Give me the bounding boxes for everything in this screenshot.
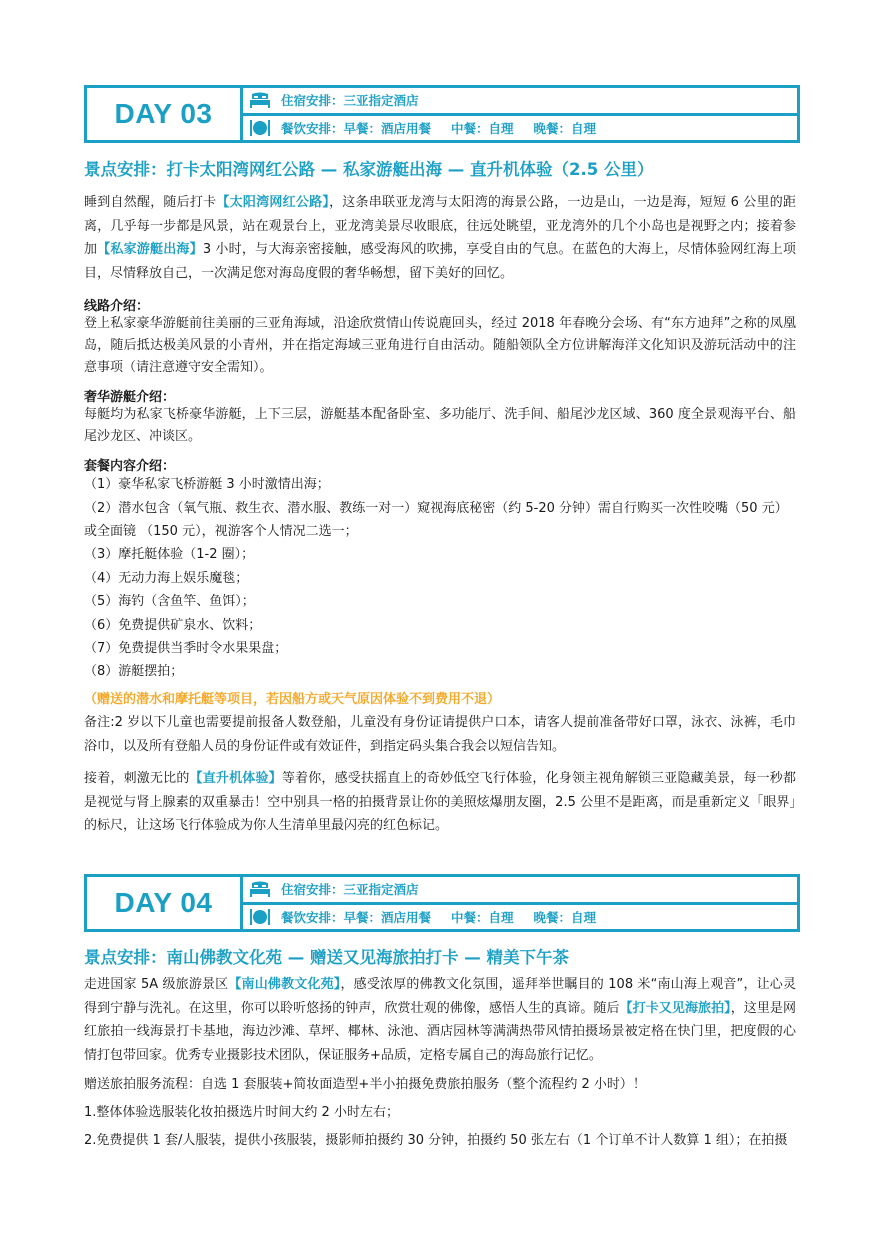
itinerary-page: DAY 03 住宿安排：三亚指定酒店 bbox=[0, 0, 880, 1244]
package-item-6: （6）免费提供矿泉水、饮料； bbox=[84, 614, 796, 638]
day04-lunch: 中餐：自理 bbox=[451, 908, 514, 926]
day04-lodging-text: 住宿安排：三亚指定酒店 bbox=[281, 880, 419, 898]
day04-attractions-title: 景点安排：南山佛教文化苑 — 赠送又见海旅拍打卡 — 精美下午茶 bbox=[84, 944, 569, 968]
photo-service-flow: 赠送旅拍服务流程：自选 1 套服装+简妆面造型+半小拍摄免费旅拍服务（整个流程约… bbox=[84, 1073, 796, 1097]
day03-lodging-row: 住宿安排：三亚指定酒店 bbox=[243, 88, 797, 113]
highlight-nanshan: 【南山佛教文化苑】 bbox=[228, 977, 340, 992]
text: 接着，刺激无比的 bbox=[84, 771, 190, 786]
yacht-intro-text: 每艇均为私家飞桥豪华游艇，上下三层，游艇基本配备卧室、多功能厅、洗手间、船尾沙龙… bbox=[84, 404, 796, 448]
remark-paragraph: 备注:2 岁以下儿童也需要提前报备人数登船，儿童没有身份证请提供户口本，请客人提… bbox=[84, 711, 796, 758]
text: 走进国家 5A 级旅游景区 bbox=[84, 977, 228, 992]
day04-breakfast: 早餐：酒店用餐 bbox=[344, 908, 432, 926]
photo-step-1: 1.整体体验选服装化妆拍摄选片时间大约 2 小时左右； bbox=[84, 1101, 796, 1125]
package-item-2: （2）潜水包含（氧气瓶、救生衣、潜水服、教练一对一）窥视海底秘密（约 5-20 … bbox=[84, 497, 796, 521]
day03-label: DAY 03 bbox=[87, 88, 243, 140]
day03-lunch: 中餐：自理 bbox=[451, 119, 514, 137]
day03-lodging-text: 住宿安排：三亚指定酒店 bbox=[281, 91, 419, 109]
day04-dinner: 晚餐：自理 bbox=[534, 908, 597, 926]
day03-dinner: 晚餐：自理 bbox=[534, 119, 597, 137]
day03-meal-label: 餐饮安排： bbox=[281, 119, 344, 137]
photo-step-2: 2.免费提供 1 套/人服装，提供小孩服装，摄影师拍摄约 30 分钟，拍摄约 5… bbox=[84, 1129, 796, 1153]
package-item-4: （4）无动力海上娱乐魔毯； bbox=[84, 567, 796, 591]
day04-meal-row: 餐饮安排： 早餐：酒店用餐 中餐：自理 晚餐：自理 bbox=[243, 902, 797, 930]
bed-icon bbox=[249, 880, 271, 898]
day04-lodging-row: 住宿安排：三亚指定酒店 bbox=[243, 877, 797, 902]
day03-breakfast: 早餐：酒店用餐 bbox=[344, 119, 432, 137]
dining-plate-icon bbox=[249, 119, 271, 137]
package-item-2-cont: 或全面镜 （150 元），视游客个人情况二选一； bbox=[84, 520, 796, 544]
package-item-5: （5）海钓（含鱼竿、鱼饵）； bbox=[84, 590, 796, 614]
no-refund-note: （赠送的潜水和摩托艇等项目，若因船方或天气原因体验不到费用不退） bbox=[84, 688, 500, 707]
package-intro-heading: 套餐内容介绍： bbox=[84, 455, 175, 474]
day03-header-box: DAY 03 住宿安排：三亚指定酒店 bbox=[84, 85, 800, 143]
highlight-travel-photo: 【打卡又见海旅拍】 bbox=[620, 1001, 731, 1016]
day04-meal-label: 餐饮安排： bbox=[281, 908, 344, 926]
day04-header-box: DAY 04 住宿安排：三亚指定酒店 bbox=[84, 874, 800, 932]
route-intro-text: 登上私家豪华游艇前往美丽的三亚角海域，沿途欣赏情山传说鹿回头，经过 2018 年… bbox=[84, 313, 796, 379]
package-item-1: （1）豪华私家飞桥游艇 3 小时激情出海； bbox=[84, 473, 796, 497]
route-intro-heading: 线路介绍： bbox=[84, 295, 149, 314]
yacht-intro-heading: 奢华游艇介绍： bbox=[84, 386, 175, 405]
day03-attractions-title: 景点安排：打卡太阳湾网红公路 — 私家游艇出海 — 直升机体验（2.5 公里） bbox=[84, 156, 653, 180]
day04-label: DAY 04 bbox=[87, 877, 243, 929]
highlight-sun-bay-road: 【太阳湾网红公路】 bbox=[216, 195, 329, 210]
day04-intro-paragraph: 走进国家 5A 级旅游景区【南山佛教文化苑】，感受浓厚的佛教文化氛围，遥拜举世瞩… bbox=[84, 973, 796, 1067]
highlight-helicopter: 【直升机体验】 bbox=[190, 771, 282, 786]
highlight-private-yacht: 【私家游艇出海】 bbox=[97, 242, 203, 257]
package-item-7: （7）免费提供当季时令水果果盘； bbox=[84, 637, 796, 661]
package-item-3: （3）摩托艇体验（1-2 圈）； bbox=[84, 543, 796, 567]
helicopter-paragraph: 接着，刺激无比的【直升机体验】等着你，感受扶摇直上的奇妙低空飞行体验，化身领主视… bbox=[84, 767, 796, 838]
day03-intro-paragraph: 睡到自然醒，随后打卡【太阳湾网红公路】，这条串联亚龙湾与太阳湾的海景公路，一边是… bbox=[84, 191, 796, 285]
day03-meal-row: 餐饮安排： 早餐：酒店用餐 中餐：自理 晚餐：自理 bbox=[243, 113, 797, 141]
day03-info-rows: 住宿安排：三亚指定酒店 餐饮安排： 早餐：酒店用餐 中餐：自理 晚餐：自理 bbox=[243, 88, 797, 140]
day04-info-rows: 住宿安排：三亚指定酒店 餐饮安排： 早餐：酒店用餐 中餐：自理 晚餐：自理 bbox=[243, 877, 797, 929]
bed-icon bbox=[249, 91, 271, 109]
dining-plate-icon bbox=[249, 908, 271, 926]
package-item-8: （8）游艇摆拍； bbox=[84, 660, 796, 684]
text: 睡到自然醒，随后打卡 bbox=[84, 195, 216, 210]
